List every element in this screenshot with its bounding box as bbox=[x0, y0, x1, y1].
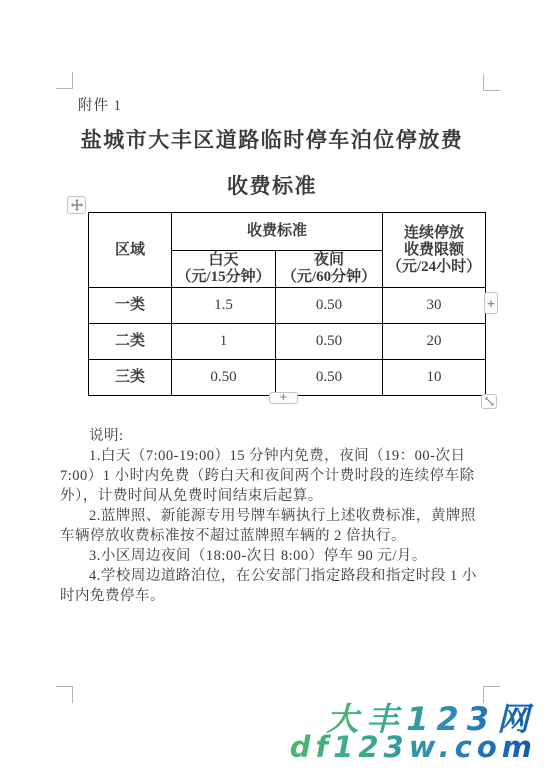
note-line: 车辆停放收费标准按不超过蓝牌照车辆的 2 倍执行。 bbox=[60, 526, 490, 546]
note-line: 4.学校周边道路泊位，在公安部门指定路段和指定时段 1 小 bbox=[60, 566, 490, 586]
row-limit: 20 bbox=[383, 324, 486, 360]
header-night: 夜间 （元/60分钟） bbox=[276, 251, 383, 288]
table-row: 二类 1 0.50 20 bbox=[89, 324, 486, 360]
plus-icon: + bbox=[279, 393, 287, 403]
row-day-rate: 0.50 bbox=[172, 360, 276, 396]
row-limit: 30 bbox=[383, 288, 486, 324]
table-row: 三类 0.50 0.50 10 bbox=[89, 360, 486, 396]
margin-mark-top-right bbox=[483, 74, 500, 91]
row-day-rate: 1 bbox=[172, 324, 276, 360]
margin-mark-bottom-left bbox=[56, 686, 73, 703]
header-region: 区域 bbox=[89, 213, 172, 288]
row-night-rate: 0.50 bbox=[276, 324, 383, 360]
document-title-line1: 盐城市大丰区道路临时停车泊位停放费 bbox=[56, 124, 488, 154]
note-line: 1.白天（7:00-19:00）15 分钟内免费，夜间（19：00-次日 bbox=[60, 446, 490, 466]
note-line: 7:00）1 小时内免费（跨白天和夜间两个计费时段的连续停车除 bbox=[60, 466, 490, 486]
notes-section: 说明: 1.白天（7:00-19:00）15 分钟内免费，夜间（19：00-次日… bbox=[60, 426, 490, 606]
document-title-line2: 收费标准 bbox=[56, 170, 488, 200]
plus-icon: + bbox=[486, 298, 495, 309]
note-line: 外），计费时间从免费时间结束后起算。 bbox=[60, 486, 490, 506]
parking-fee-table: 区域 收费标准 连续停放 收费限额 （元/24小时） 白天 （元/15分钟） 夜… bbox=[88, 212, 486, 396]
word-document-page: 附件 1 盐城市大丰区道路临时停车泊位停放费 收费标准 区域 收费标准 连续停放… bbox=[0, 0, 549, 778]
note-line: 时内免费停车。 bbox=[60, 586, 490, 606]
margin-mark-top-left bbox=[56, 72, 73, 89]
header-daytime: 白天 （元/15分钟） bbox=[172, 251, 276, 288]
move-icon bbox=[71, 199, 83, 211]
table-move-handle[interactable] bbox=[67, 196, 86, 214]
header-limit: 连续停放 收费限额 （元/24小时） bbox=[383, 213, 486, 288]
row-night-rate: 0.50 bbox=[276, 360, 383, 396]
resize-diagonal-icon bbox=[485, 397, 494, 406]
row-night-rate: 0.50 bbox=[276, 288, 383, 324]
row-region: 二类 bbox=[89, 324, 172, 360]
table-row: 一类 1.5 0.50 30 bbox=[89, 288, 486, 324]
note-line: 2.蓝牌照、新能源专用号牌车辆执行上述收费标准，黄牌照 bbox=[60, 506, 490, 526]
header-standard: 收费标准 bbox=[172, 213, 383, 251]
insert-column-button[interactable]: + bbox=[484, 292, 498, 314]
row-limit: 10 bbox=[383, 360, 486, 396]
row-region: 三类 bbox=[89, 360, 172, 396]
attachment-label: 附件 1 bbox=[78, 94, 122, 115]
note-line: 说明: bbox=[60, 426, 490, 446]
note-line: 3.小区周边夜间（18:00-次日 8:00）停车 90 元/月。 bbox=[60, 546, 490, 566]
site-watermark-url: df123w.com bbox=[290, 730, 537, 764]
table-resize-handle[interactable] bbox=[481, 394, 497, 409]
row-region: 一类 bbox=[89, 288, 172, 324]
row-day-rate: 1.5 bbox=[172, 288, 276, 324]
insert-row-button[interactable]: + bbox=[269, 392, 298, 404]
